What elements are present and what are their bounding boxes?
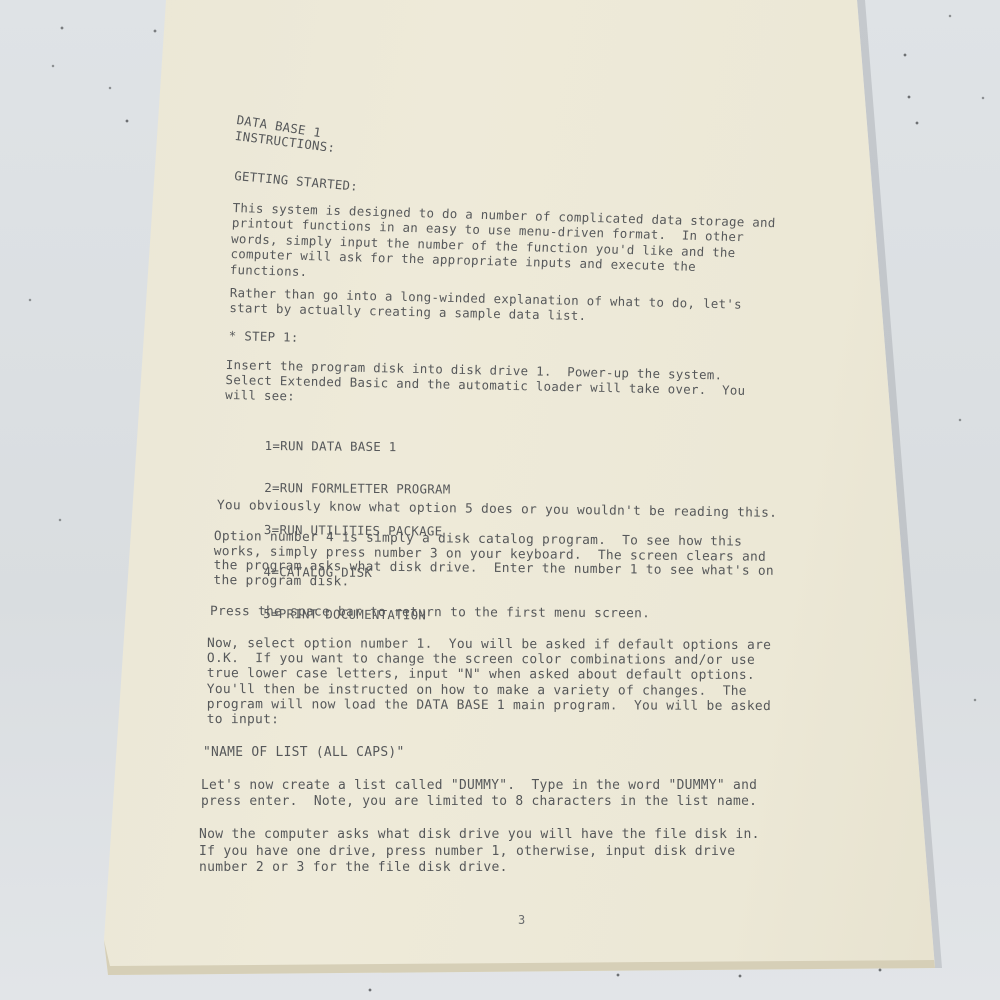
menu-option: 2=RUN FORMLETTER PROGRAM — [264, 481, 450, 497]
paragraph-option4: Option number 4 is simply a disk catalog… — [213, 530, 774, 594]
prompt-name-of-list: "NAME OF LIST (ALL CAPS)" — [203, 745, 405, 760]
page-number: 3 — [518, 913, 525, 927]
menu-option: 1=RUN DATA BASE 1 — [265, 439, 451, 455]
paragraph-disk-drive: Now the computer asks what disk drive yo… — [199, 827, 760, 877]
paragraph-space-bar: Press the space bar to return to the fir… — [210, 604, 650, 622]
step-heading: * STEP 1: — [229, 328, 299, 345]
paragraph-dummy-list: Let's now create a list called "DUMMY". … — [201, 778, 757, 810]
paragraph-intro: This system is designed to do a number o… — [230, 200, 776, 292]
document-body: DATA BASE 1 INSTRUCTIONS: GETTING STARTE… — [0, 0, 16, 441]
paragraph-option1: Now, select option number 1. You will be… — [207, 636, 772, 729]
